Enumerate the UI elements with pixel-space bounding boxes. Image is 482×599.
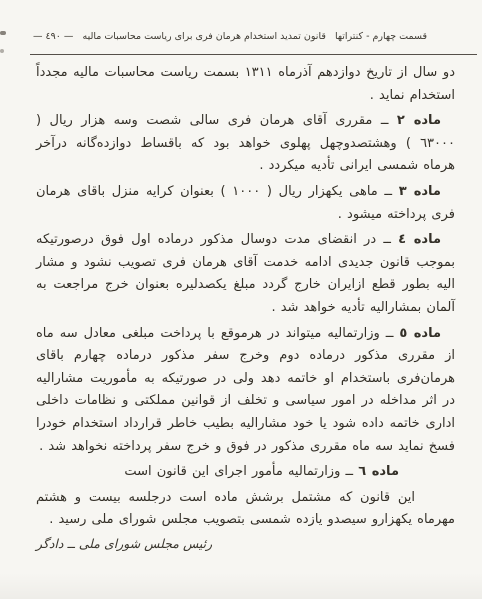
article-2-text: ــ مقرری آقای هرمان فری سالی شصت وسه هزا… [36, 113, 455, 173]
header-section-label: قسمت چهارم - كنتراتها [335, 31, 427, 43]
scanned-page: قسمت چهارم - كنتراتها قانون تمديد استخدا… [0, 0, 482, 599]
article-5: ماده ٥ ــ وزارتمالیه میتواند در هرموقع ب… [36, 323, 455, 459]
article-3-number: ماده ٣ [399, 184, 441, 199]
article-5-text: ــ وزارتمالیه میتواند در هرموقع با پرداخ… [36, 326, 455, 454]
header-rule [30, 54, 477, 55]
scan-artifact [0, 31, 6, 35]
paragraph-text: دو سال از تاریخ دوازدهم آذرماه ١٣١١ بسمت… [36, 65, 455, 103]
article-5-number: ماده ٥ [399, 326, 441, 341]
law-text: دو سال از تاریخ دوازدهم آذرماه ١٣١١ بسمت… [36, 62, 455, 535]
article-2: ماده ٢ ــ مقرری آقای هرمان فری سالی شصت … [36, 110, 455, 178]
ratification-text: این قانون که مشتمل برشش ماده است درجلسه … [36, 490, 455, 528]
page-header: قسمت چهارم - كنتراتها قانون تمديد استخدا… [33, 31, 427, 43]
article-6-text: ــ وزارتمالیه مأمور اجرای این قانون است [124, 464, 353, 479]
article-3-text: ــ ماهی یکهزار ریال ( ١٠٠٠ ) بعنوان کرای… [36, 184, 455, 222]
ratification-paragraph: این قانون که مشتمل برشش ماده است درجلسه … [36, 487, 455, 532]
header-page-number: — ٤٩٠ — [33, 31, 73, 43]
header-law-title: قانون تمديد استخدام هرمان فری برای ریاست… [82, 31, 325, 43]
speaker-signature: رئیس مجلس شورای ملی ــ دادگر [36, 536, 212, 551]
article-3: ماده ٣ ــ ماهی یکهزار ریال ( ١٠٠٠ ) بعنو… [36, 181, 455, 226]
article-4-number: ماده ٤ [398, 232, 441, 247]
article-6: ماده ٦ ــ وزارتمالیه مأمور اجرای این قان… [36, 461, 455, 484]
scan-artifact [0, 49, 4, 53]
article-4-text: ــ در انقضای مدت دوسال مذکور درماده اول … [36, 232, 455, 315]
article-6-number: ماده ٦ [358, 464, 399, 479]
paragraph-continuation: دو سال از تاریخ دوازدهم آذرماه ١٣١١ بسمت… [36, 62, 455, 107]
article-4: ماده ٤ ــ در انقضای مدت دوسال مذکور درما… [36, 229, 455, 319]
article-2-number: ماده ٢ [397, 113, 441, 128]
